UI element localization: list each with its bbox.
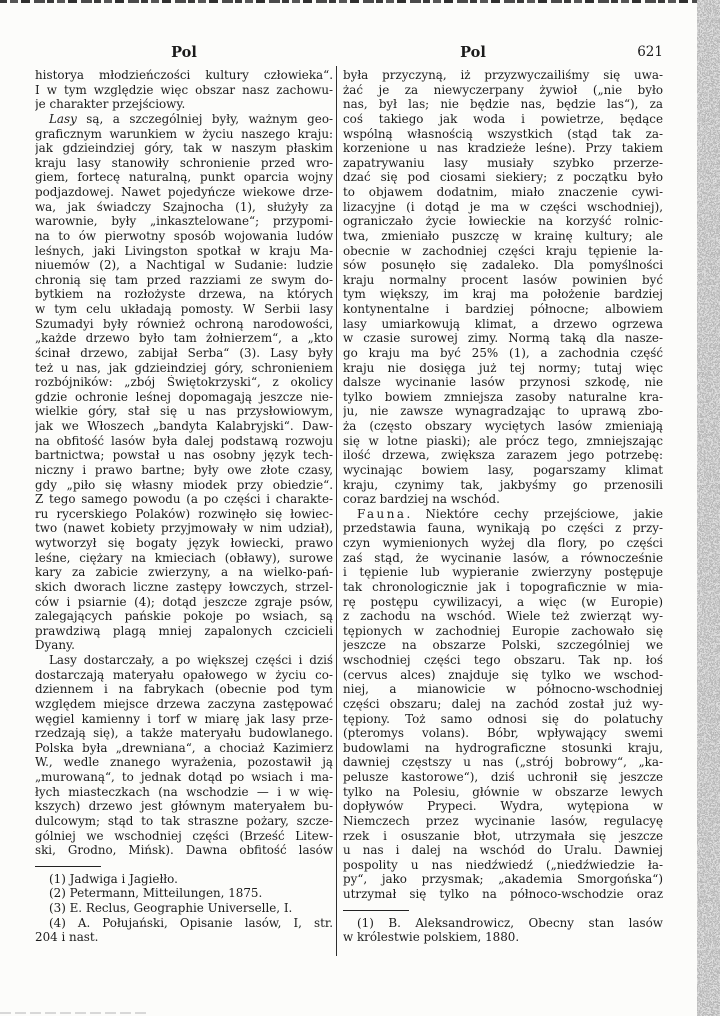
text-line: I w tym względzie więc obszar nasz zacho… [35,83,333,98]
text-line: ograniczało życie łowieckie na korzyść r… [343,214,663,229]
text-line: tępionych w zachodniej Europie zachowało… [343,624,663,639]
text-line: skich dworach liczne zastępy łowczych, s… [35,580,333,595]
text-line: rę postępu cywilizacyi, a więc (w Europi… [343,595,663,610]
text-line: twa, zmieniało puszczę w krainę kultury;… [343,229,663,244]
text-line: dalsze wycinanie lasów przynosi szkodę, … [343,375,663,390]
text-line: gdzie ochronie leśnej dopomagają jeszcze… [35,390,333,405]
text-line: pospolity u nas niedźwiedź („niedźwiedzi… [343,858,663,873]
text-line: kszych) drzewo jest głównym materyałem b… [35,799,333,814]
text-line: je charakter przejściowy. [35,97,333,112]
text-line: (3) E. Reclus, Geographie Universelle, I… [35,901,333,916]
left-column-body-text: historya młodzieńczości kultury człowiek… [35,68,333,858]
scan-right-edge-artifact [697,0,720,1016]
text-line: wschodniej części tego obszaru. Tak np. … [343,653,663,668]
text-line: wycinając bowiem lasy, pogarszamy klimat [343,463,663,478]
text-line: bytkiem na rozłożyste drzewa, na których [35,287,333,302]
text-line: tępiony. Toż samo odnosi się do polatuch… [343,712,663,727]
text-line: dawniej częstszy u nas („strój bobrowy“,… [343,755,663,770]
text-line: tylko na Polesiu, głównie w obszarze lew… [343,785,663,800]
text-line: graficznym warunkiem w życiu naszego kra… [35,127,333,142]
page-number: 621 [595,44,663,61]
text-line: „każde drzewo było tam żołnierzem“, a „k… [35,331,333,346]
text-line: dopływów Prypeci. Wydra, wytępiona w [343,799,663,814]
text-line: u nas i dalej na wschód do Uralu. Dawnie… [343,843,663,858]
text-line: wielkie góry, stał się u nas przysłowiow… [35,404,333,419]
text-line: W., wedle znanego wyrażenia, pozostawił … [35,755,333,770]
text-line: z zachodu na wschód. Wiele też zwierząt … [343,609,663,624]
text-line: (cervus alces) znajduje się tylko we wsc… [343,668,663,683]
text-line: gólniej we wschodniej części (Brześć Lit… [35,829,333,844]
text-line: lizacyjne (i dotąd je ma w części wschod… [343,200,663,215]
scan-bottom-edge-artifact [0,1012,150,1014]
text-line: (1) B. Aleksandrowicz, Obecny stan lasów [343,916,663,931]
text-line: czyn wymienionych wyżej dla flory, po cz… [343,536,663,551]
text-line: zalegających pańskie pokoje po wsiach, s… [35,609,333,624]
text-line: (pteromys volans). Bóbr, wpływający swem… [343,726,663,741]
text-line: „murowaną“, to jednak dotąd po wsiach i … [35,770,333,785]
text-line: to objawem dodatnim, miało znaczenie cyw… [343,185,663,200]
text-line: w czasie surowej zimy. Normą taką dla na… [343,331,663,346]
running-title-right: Pol [343,44,603,61]
text-line: warownie, były „inkasztelowane“; przypom… [35,214,333,229]
text-line: lasy umiarkowują klimat, a drzewo ogrzew… [343,317,663,332]
text-line: pelusze kastorowe“), dziś uchronił się j… [343,770,663,785]
text-line: Polska była „drewniana“, a chociaż Kazim… [35,741,333,756]
text-line: coraz bardziej na wschód. [343,492,663,507]
text-line: przedstawia fauna, wynikają po części z … [343,521,663,536]
text-line: bartnictwa; powstał u nas osobny język t… [35,448,333,463]
text-line: rzedzają się), a także materyału budowla… [35,726,333,741]
text-line: Z tego samego powodu (a po części i char… [35,492,333,507]
text-line: i tępienie lub wypieranie zwierzyny post… [343,565,663,580]
text-line: chronią się tam przed razziami ze swym d… [35,273,333,288]
text-line: w królestwie polskiem, 1880. [343,930,663,945]
text-line: dziennem i na fabrykach (obecnie pod tym [35,682,333,697]
text-line: tylko bowiem zmniejsza zasoby naturalne … [343,390,663,405]
text-line: niej, a mianowicie w północno-wschodniej [343,682,663,697]
text-line: go kraju ma być 25% (1), a zachodnia czę… [343,346,663,361]
text-line: tym większy, im kraj ma położenie bardzi… [343,287,663,302]
text-line: w tym celu układają pomosty. W Serbii la… [35,302,333,317]
text-line: kary za zabicie zwierzyny, a na wielko-p… [35,565,333,580]
text-line: (4) A. Połujański, Opisanie lasów, I, st… [35,916,333,931]
text-line: Dyany. [35,638,333,653]
text-line: rzek i osuszanie błot, utrzymała się jes… [343,829,663,844]
text-line: gdy „piło się własny miodek przy obiedzi… [35,478,333,493]
text-line: jeszcze na obszarze Polski, szczególniej… [343,638,663,653]
text-line: Fauna. Niektóre cechy przejściowe, jakie [343,507,663,522]
text-line: historya młodzieńczości kultury człowiek… [35,68,333,83]
text-line: wa, jak świadczy Szajnocha (1), służyły … [35,200,333,215]
text-line: dostarczają materyału opałowego w życiu … [35,668,333,683]
text-line: kraju nie dosięga już tej normy; tutaj w… [343,361,663,376]
text-line: węgiel kamienny i torf w miarę jak lasy … [35,712,333,727]
column-divider-rule [336,66,337,956]
text-line: two (nawet kobiety przyjmowały w nim udz… [35,521,333,536]
text-line: ców i psiarnie (4); dotąd jeszcze zgraje… [35,595,333,610]
text-line: dzać się pod ciosami siekiery; z początk… [343,170,663,185]
text-line: wytworzył się bogaty język łowiecki, pra… [35,536,333,551]
scan-top-edge-artifact [0,0,697,3]
text-line: korzenione u nas kradzieże leśne). Przy … [343,141,663,156]
text-line: kontynentalne i bardziej północne; albow… [343,302,663,317]
text-line: zapatrywaniu lasy musiały szybko przerze… [343,156,663,171]
right-column: była przyczyną, iż przyzwyczailiśmy się … [343,68,663,945]
text-line: Szumadyi były również ochroną narodowośc… [35,317,333,332]
paragraph-lead-word: Fauna [357,507,406,521]
text-line: (1) Jadwiga i Jagiełło. [35,872,333,887]
text-line: obecnie w zachodniej części kraju tępien… [343,244,663,259]
text-line: ski, Grodno, Mińsk). Dawna obfitość lasó… [35,843,333,858]
left-column-footnotes: (1) Jadwiga i Jagiełło.(2) Petermann, Mi… [35,872,333,945]
right-column-footnotes: (1) B. Aleksandrowicz, Obecny stan lasów… [343,916,663,945]
text-line: ru rycerskiego Polaków) rozwinęło się ło… [35,507,333,522]
text-line: podjazdowej. Nawet pojedyńcze wiekowe dr… [35,185,333,200]
text-line: py“, jako przysmak; „akademia Smorgońska… [343,872,663,887]
text-line: niuemów (2), a Nachtigal w Sudanie: ludz… [35,258,333,273]
text-line: Lasy są, a szczególniej były, ważnym geo… [35,112,333,127]
text-line: też u nas, jak gdzieindziej góry, schron… [35,361,333,376]
text-line: sów posunęło się zadaleko. Dla pomyślnoś… [343,258,663,273]
text-line: coś takiego jak woda i powietrze, będące [343,112,663,127]
text-line: łych miasteczkach (na wschodzie — i w wi… [35,785,333,800]
text-line: ścinał drzewo, zabijał Serba“ (3). Lasy … [35,346,333,361]
text-line: Niemczech przez wycinanie lasów, regulac… [343,814,663,829]
text-line: kraju lasy stanowiły schronienie przed w… [35,156,333,171]
text-line: Lasy dostarczały, a po większej części i… [35,653,333,668]
text-line: dulcowym; stąd to tak straszne pożary, s… [35,814,333,829]
text-line: rozbójników: „zbój Świętokrzyski“, z oko… [35,375,333,390]
text-line: ju, nie zawsze wynagradzając to uprawą z… [343,404,663,419]
text-line: części obszaru; dalej na zachód został j… [343,697,663,712]
text-line: budowlami na hydrograficzne stosunki kra… [343,741,663,756]
left-column: historya młodzieńczości kultury człowiek… [35,68,333,945]
text-line: na to ów pierwotny sposób wojowania ludó… [35,229,333,244]
right-footnote-separator [343,910,409,911]
text-line: giem, fortecę naturalną, punkt oparcia w… [35,170,333,185]
running-title-left: Pol [35,44,333,61]
text-line: nas, był las; nie będzie nas, będzie las… [343,97,663,112]
text-line: jak gdzieindziej góry, tak w naszym płas… [35,141,333,156]
text-line: była przyczyną, iż przyzwyczailiśmy się … [343,68,663,83]
text-line: niczny i prawo bartne; były owe złote cz… [35,463,333,478]
text-line: się w lotne piaski); ale prócz tego, zmn… [343,434,663,449]
text-line: na obfitość lasów była dalej podstawą ro… [35,434,333,449]
book-page: Pol Pol 621 historya młodzieńczości kult… [0,0,720,1016]
text-line: żać je za niewyczerpany żywioł („nie był… [343,83,663,98]
text-line: jak we Włoszech „bandyta Kalabryjski“. D… [35,419,333,434]
text-line: zaś stąd, że wycinanie lasów, a równocze… [343,551,663,566]
text-line: tak chronologicznie jak i topograficznie… [343,580,663,595]
left-footnote-separator [35,866,101,867]
text-line: kraju normalny procent lasów powinien by… [343,273,663,288]
text-line: utrzymał się tylko na północo-wschodzie … [343,887,663,902]
text-line: 204 i nast. [35,930,333,945]
paragraph-lead-word: Lasy [49,112,77,126]
text-line: względem miejsce drzewa zaczyna zastępow… [35,697,333,712]
text-line: wspólną własnością wszystkich (stąd tak … [343,127,663,142]
text-line: ilość drzewa, zwiększa zarazem jego potr… [343,448,663,463]
text-line: leśne, ciężary na kmieciach (obławy), su… [35,551,333,566]
text-line: ża (często obszary wyciętych lasów zmien… [343,419,663,434]
text-line: prawdziwą plagą mniej zapalonych czcicie… [35,624,333,639]
right-column-body-text: była przyczyną, iż przyzwyczailiśmy się … [343,68,663,902]
text-line: leśnych, jaki Livingston spotkał w kraju… [35,244,333,259]
text-line: (2) Petermann, Mitteilungen, 1875. [35,886,333,901]
text-line: kraju, czynimy tak, jakbyśmy go przenosi… [343,478,663,493]
